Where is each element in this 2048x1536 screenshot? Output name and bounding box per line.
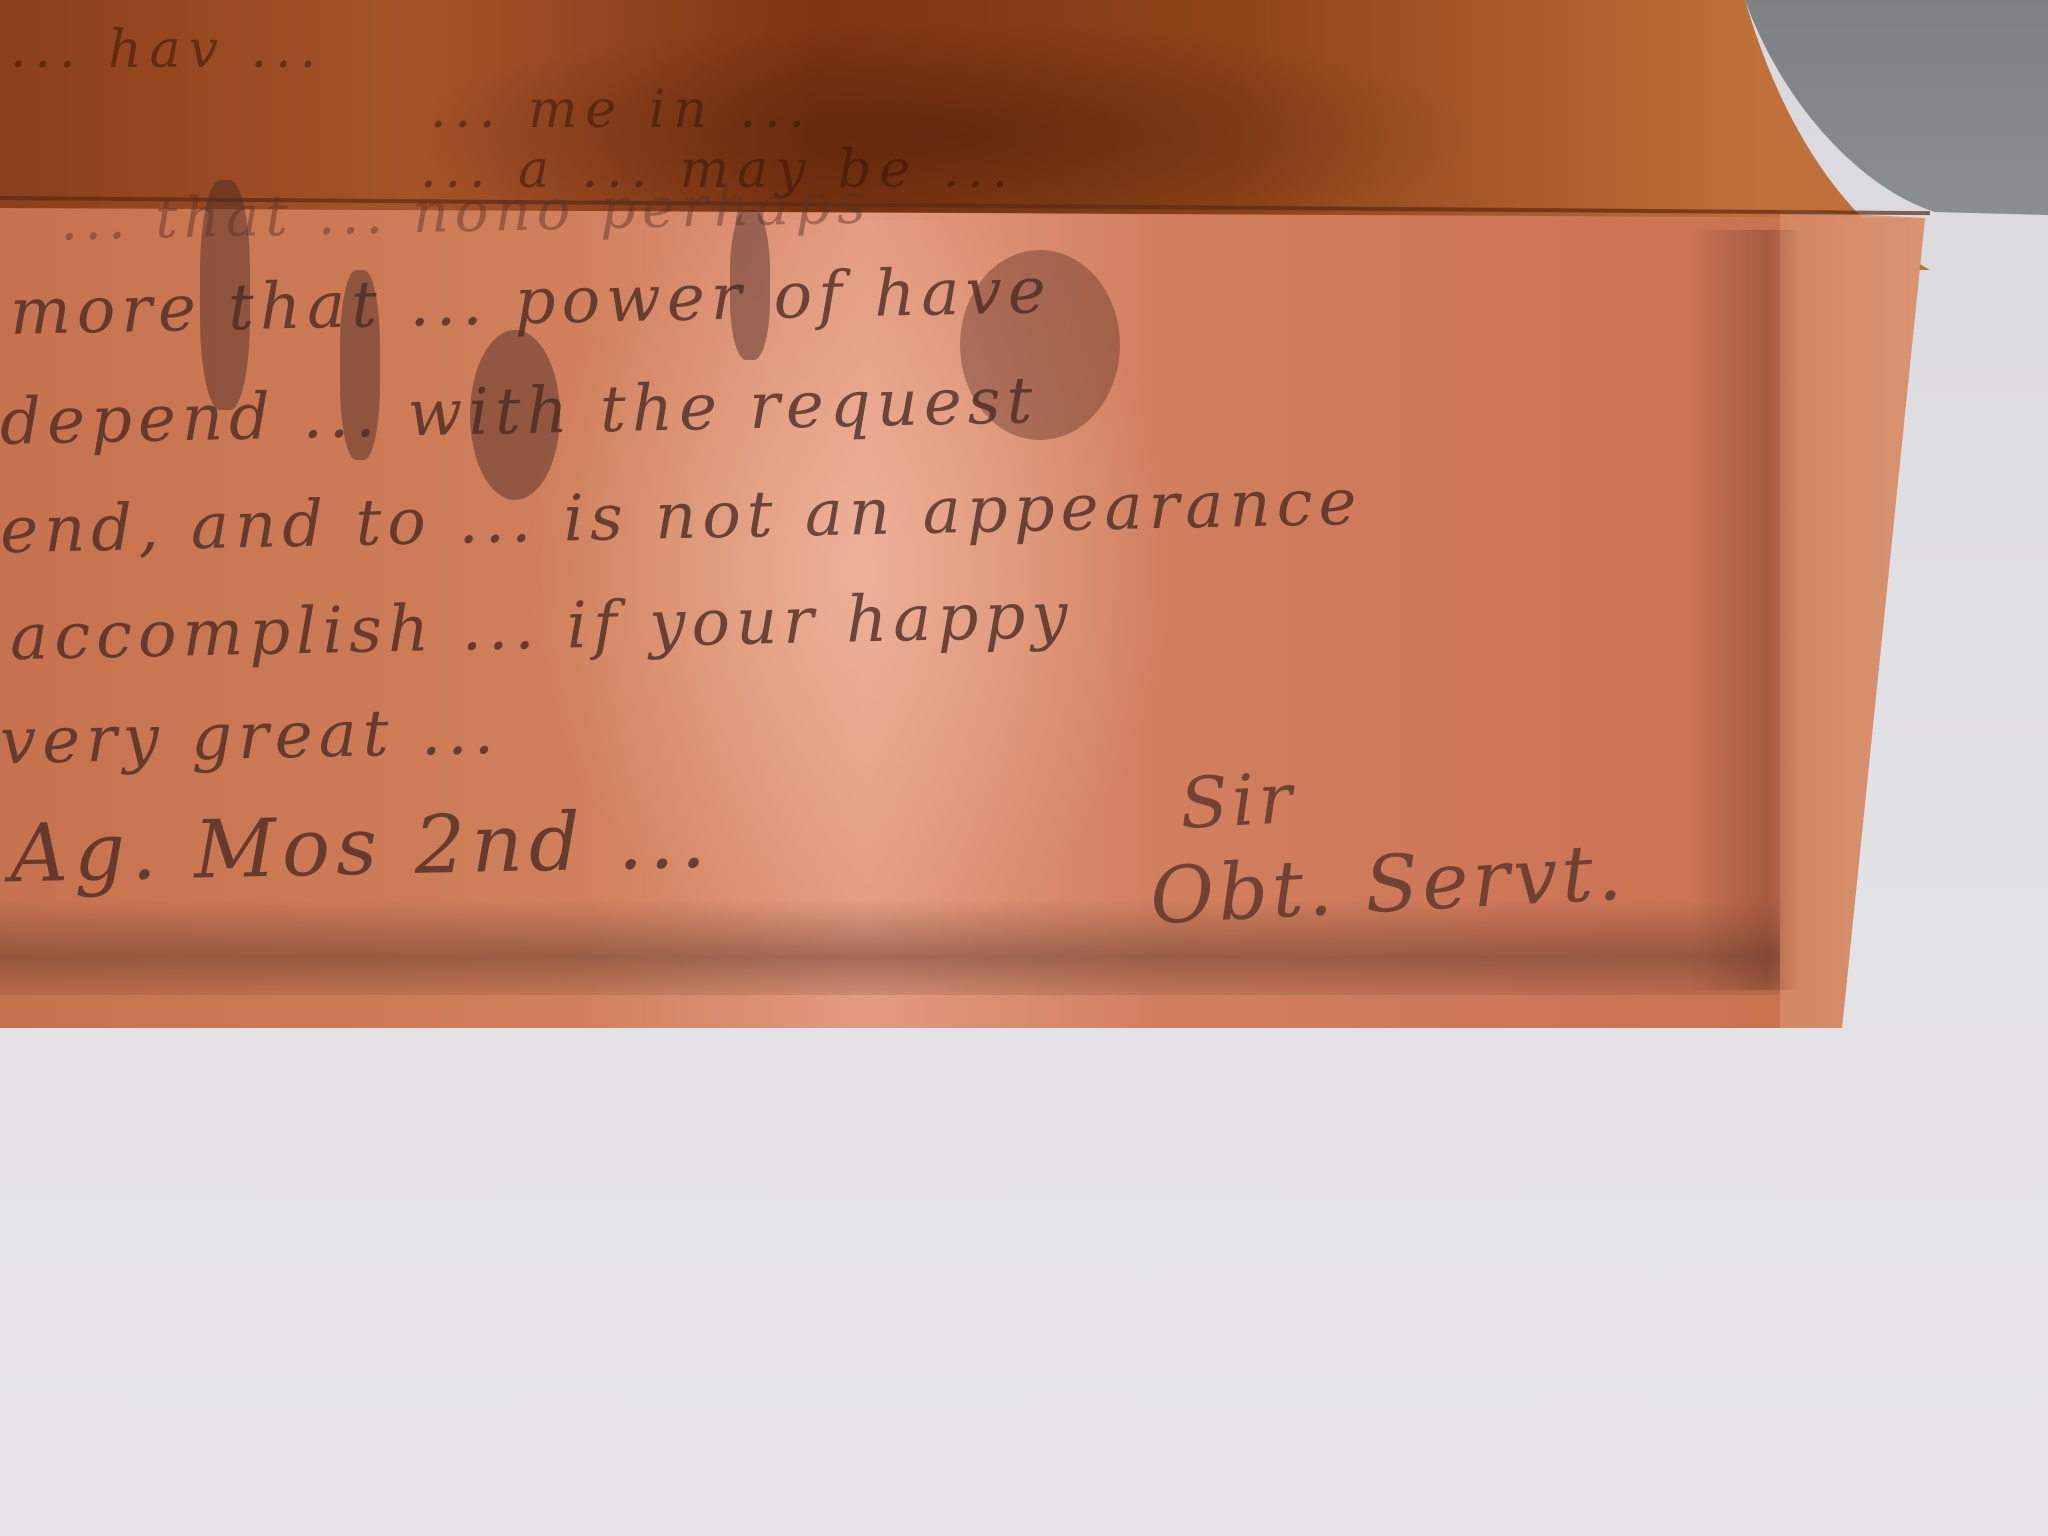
cover-text-line: very great ... — [0, 695, 501, 779]
stain-right — [1690, 230, 1800, 990]
cover-text-line: Ag. Mos 2nd ... — [9, 793, 713, 901]
signature-salutation: Sir — [1178, 757, 1298, 845]
upper-text-line: ... me in ... — [430, 80, 813, 140]
upper-text-line: ... hav ... — [10, 20, 324, 80]
cover-margin — [1780, 210, 1925, 1028]
